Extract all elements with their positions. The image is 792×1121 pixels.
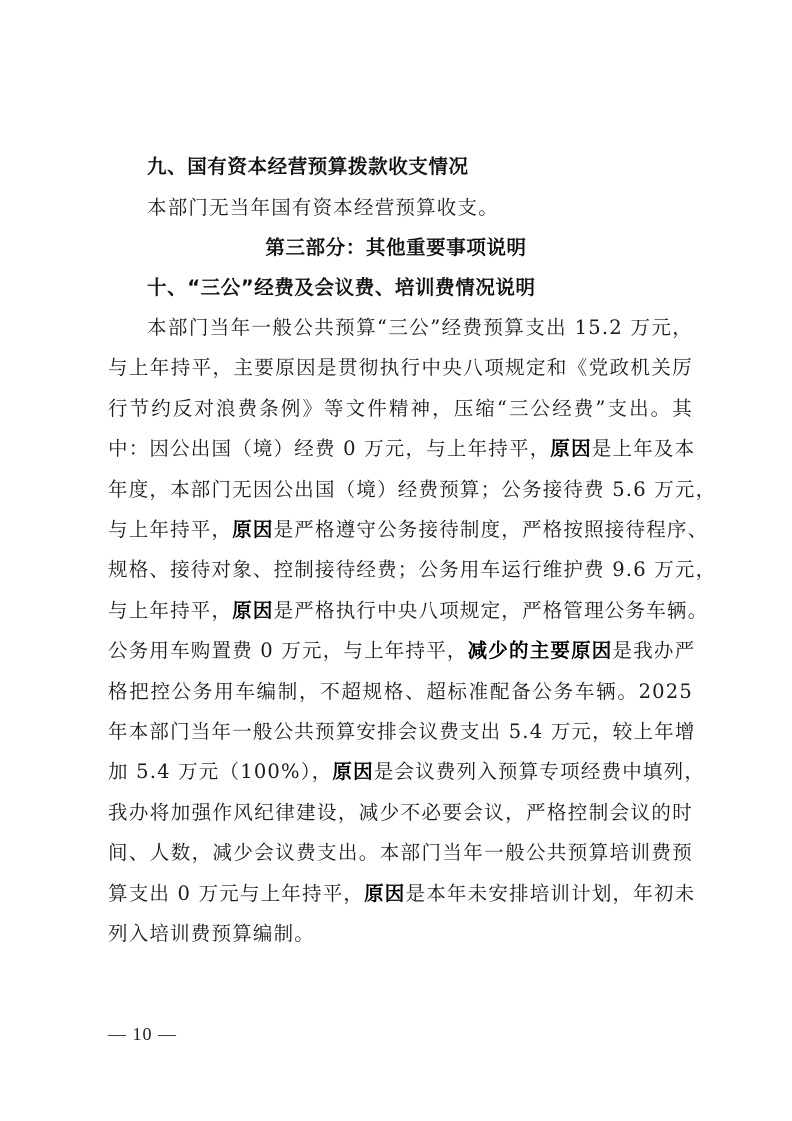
document-page: 九、国有资本经营预算拨款收支情况 本部门无当年国有资本经营预算收支。 第三部分：… [0,0,792,1121]
text-segment: 年本部门当年一般公共预算安排会议费支出 5.4 万元，较上年增 [108,720,696,743]
paragraph-line: 行节约反对浪费条例》等文件精神，压缩“三公经费”支出。其 [108,397,693,421]
part-3-title: 第三部分：其他重要事项说明 [0,236,792,260]
paragraph-line: 我办将加强作风纪律建设，减少不必要会议，严格控制会议的时 [108,801,693,825]
text-segment: 加 5.4 万元（100%）， [108,760,332,783]
text-segment: 年度，本部门无因公出国（境）经费预算；公务接待费 5.6 万元， [108,478,716,501]
text-segment: 中：因公出国（境）经费 0 万元，与上年持平， [108,437,550,460]
text-segment: 本部门当年一般公共预算“三公”经费预算支出 15.2 万元， [147,316,693,339]
text-segment: 行节约反对浪费条例》等文件精神，压缩“三公经费”支出。其 [108,397,693,420]
text-segment: 格把控公务用车编制，不超规格、超标准配备公务车辆。2025 [108,680,693,703]
paragraph-line: 规格、接待对象、控制接待经费；公务用车运行维护费 9.6 万元， [108,558,693,582]
bold-text: 原因 [550,437,591,460]
text-segment: 与上年持平， [108,599,232,622]
text-segment: 是我办严 [613,639,696,662]
paragraph-line: 列入培训费预算编制。 [108,922,693,946]
text-segment: 与上年持平，主要原因是贯彻执行中央八项规定和《党政机关厉 [108,356,693,379]
paragraph-line: 与上年持平，原因是严格遵守公务接待制度，严格按照接待程序、 [108,518,693,542]
paragraph-line: 间、人数，减少会议费支出。本部门当年一般公共预算培训费预 [108,841,693,865]
bold-text: 原因 [232,599,273,622]
section-10-heading: 十、“三公”经费及会议费、培训费情况说明 [147,276,693,300]
paragraph-line: 年度，本部门无因公出国（境）经费预算；公务接待费 5.6 万元， [108,478,693,502]
section-9-body: 本部门无当年国有资本经营预算收支。 [147,196,693,220]
page-number: — 10 — [108,1024,177,1045]
text-segment: 算支出 0 万元与上年持平， [108,882,364,905]
section-9-heading: 九、国有资本经营预算拨款收支情况 [147,155,693,179]
text-segment: 是严格遵守公务接待制度，严格按照接待程序、 [274,518,709,541]
paragraph-line: 算支出 0 万元与上年持平，原因是本年未安排培训计划，年初未 [108,882,693,906]
paragraph-line: 本部门当年一般公共预算“三公”经费预算支出 15.2 万元， [147,316,693,340]
text-segment: 列入培训费预算编制。 [108,922,315,945]
paragraph-line: 公务用车购置费 0 万元，与上年持平，减少的主要原因是我办严 [108,639,693,663]
paragraph-line: 加 5.4 万元（100%），原因是会议费列入预算专项经费中填列， [108,760,693,784]
text-segment: 是上年及本 [592,437,696,460]
text-segment: 间、人数，减少会议费支出。本部门当年一般公共预算培训费预 [108,841,693,864]
bold-text: 原因 [332,760,373,783]
bold-text: 原因 [364,882,405,905]
text-segment: 与上年持平， [108,518,232,541]
bold-text: 原因 [232,518,273,541]
text-segment: 我办将加强作风纪律建设，减少不必要会议，严格控制会议的时 [108,801,693,824]
paragraph-line: 与上年持平，主要原因是贯彻执行中央八项规定和《党政机关厉 [108,356,693,380]
paragraph-line: 年本部门当年一般公共预算安排会议费支出 5.4 万元，较上年增 [108,720,693,744]
text-segment: 是会议费列入预算专项经费中填列， [374,760,705,783]
bold-text: 减少的主要原因 [468,639,613,662]
paragraph-line: 格把控公务用车编制，不超规格、超标准配备公务车辆。2025 [108,680,693,704]
text-segment: 是严格执行中央八项规定，严格管理公务车辆。 [274,599,709,622]
text-segment: 是本年未安排培训计划，年初未 [406,882,696,905]
paragraph-line: 与上年持平，原因是严格执行中央八项规定，严格管理公务车辆。 [108,599,693,623]
paragraph-line: 中：因公出国（境）经费 0 万元，与上年持平，原因是上年及本 [108,437,693,461]
text-segment: 规格、接待对象、控制接待经费；公务用车运行维护费 9.6 万元， [108,558,716,581]
text-segment: 公务用车购置费 0 万元，与上年持平， [108,639,468,662]
